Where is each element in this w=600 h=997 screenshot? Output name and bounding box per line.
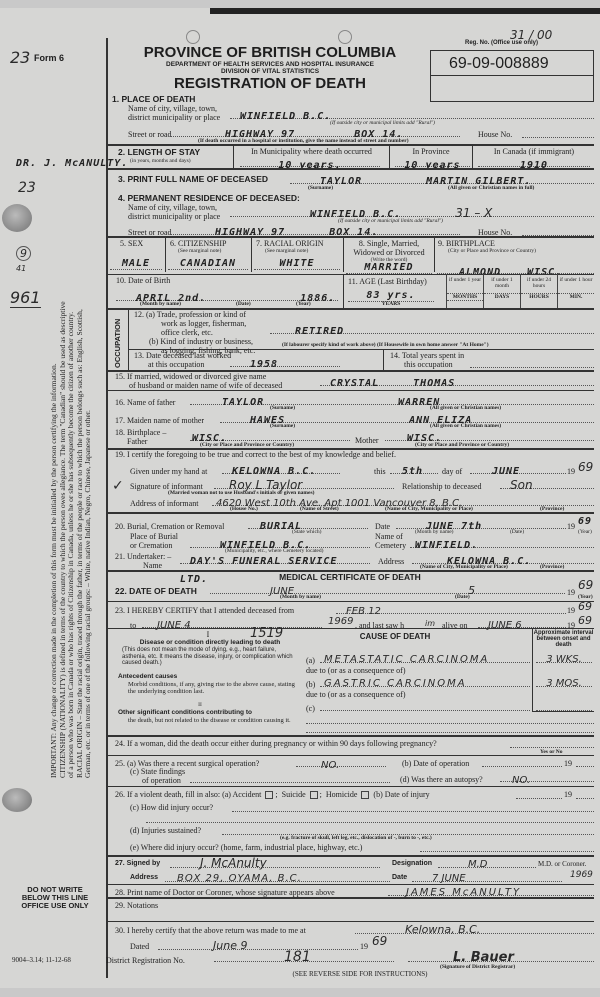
- s1-house-label: House No.: [478, 130, 512, 139]
- s21-field[interactable]: DAY'S FUNERAL SERVICE LTD.: [180, 551, 370, 564]
- s25-c-field[interactable]: [190, 774, 390, 783]
- s25-b-year-field[interactable]: [576, 758, 594, 767]
- s22-label: 22. DATE OF DEATH: [115, 586, 197, 596]
- s18-father-field[interactable]: WISC.: [190, 428, 350, 441]
- label-line: (b) Kind of industry or business,: [149, 337, 255, 346]
- other-desc: the death, but not related to the diseas…: [128, 717, 300, 724]
- s19-rel-field[interactable]: Son: [500, 476, 594, 489]
- s20-cemetery-value: WINFIELD.: [415, 540, 478, 551]
- s25-a-value: NO.: [321, 760, 339, 771]
- s25-b-field[interactable]: [482, 758, 562, 767]
- s18-label: 18. Birthplace – Father: [115, 428, 166, 446]
- s19-given-field[interactable]: KELOWNA B.C.: [222, 461, 340, 474]
- s2-muni-field[interactable]: 10 years.: [240, 155, 380, 167]
- antecedent-desc: Morbid conditions, if any, giving rise t…: [128, 681, 300, 695]
- s23-label: 23. I HEREBY CERTIFY that I attended dec…: [115, 606, 294, 615]
- other-label: Other significant conditions contributin…: [118, 710, 252, 716]
- divider: [128, 349, 594, 350]
- birthplace-sub: (City or Place and Province or Country): [448, 248, 536, 254]
- s26-e-field[interactable]: [420, 843, 594, 852]
- s23-to-year[interactable]: 1969: [328, 616, 353, 627]
- s22-field[interactable]: JUNE 5: [210, 581, 565, 594]
- s4-note: 31 – X: [455, 206, 492, 220]
- label-line: of husband or maiden name of wife of dec…: [115, 381, 282, 390]
- label-line: district municipality or place: [128, 212, 220, 221]
- s19-rel-label: Relationship to deceased: [402, 482, 482, 491]
- province-title: PROVINCE OF BRITISH COLUMBIA: [120, 44, 420, 61]
- label-line: 18. Birthplace –: [115, 428, 166, 437]
- under-col-hours: if under 24 hours HOURS: [520, 274, 557, 308]
- s18-mother-label: Mother: [355, 436, 379, 445]
- age-label: 11. AGE (Last Birthday): [348, 277, 427, 286]
- total-years-label: 14. Total years spent in this occupation: [390, 351, 464, 369]
- label-line: office clerk, etc.: [134, 328, 246, 337]
- divider: [106, 628, 594, 629]
- birthplace-field[interactable]: ALMOND WISC.: [437, 262, 594, 274]
- s26-d-hint: (e.g. fracture of skull, left leg, etc.,…: [280, 835, 432, 841]
- cause-a-value: METASTATIC CARCINOMA: [324, 654, 489, 665]
- s30-district-label: District Registration No.: [106, 956, 185, 965]
- part2-numeral: II: [180, 702, 220, 708]
- s1-city-label: Name of city, village, town, district mu…: [128, 104, 220, 122]
- s2-sub: (in years, months and days): [130, 158, 191, 164]
- s1-city-field[interactable]: WINFIELD B.C.: [230, 106, 594, 119]
- s21-label: 21. Undertaker: – Name: [115, 552, 171, 570]
- s2-prov-field[interactable]: 10 years: [395, 155, 470, 167]
- s15-value-1: CRYSTAL: [330, 378, 379, 389]
- s22-year[interactable]: 69: [578, 578, 593, 592]
- s1-street-label: Street or road: [128, 130, 172, 139]
- divider: [106, 236, 594, 238]
- s20-year-value[interactable]: 69: [578, 516, 592, 527]
- occ-a-field[interactable]: RETIRED: [270, 321, 594, 334]
- s4-house-field[interactable]: [522, 224, 594, 236]
- s19-addr-field[interactable]: 4620 West 10th Ave. Apt 1001 Vancouver 8…: [212, 493, 594, 506]
- notice-line: OFFICE USE ONLY: [10, 902, 100, 910]
- marital-label: 8. Single, Married, Widowed or Divorced: [344, 239, 434, 257]
- s27-desig-label: Designation: [392, 860, 432, 867]
- under-label: if under 24 hours: [521, 277, 557, 293]
- s28-label: 28. Print name of Doctor or Coroner, who…: [115, 888, 335, 897]
- cause-a-prefix: (a): [306, 656, 315, 665]
- s26-c-label: (c) How did injury occur?: [130, 803, 213, 812]
- s3-given-hint: (All given or Christian names in full): [448, 185, 534, 191]
- divider: [532, 711, 594, 712]
- s19-certify: 19. I certify the foregoing to be true a…: [115, 450, 396, 459]
- s22-month-hint: (Month by name): [280, 594, 321, 600]
- s23-from-field[interactable]: FEB 12: [336, 601, 566, 614]
- label-line: Widowed or Divorced: [344, 248, 434, 257]
- label-line: 13. Date deceased last worked: [134, 351, 231, 360]
- s30-district-value: 181: [284, 949, 311, 965]
- s20-cemetery-field[interactable]: WINFIELD.: [410, 535, 594, 548]
- s19-day-value: 5th: [402, 466, 423, 477]
- s19-day-field[interactable]: 5th: [390, 461, 438, 474]
- label-line: this occupation: [390, 360, 464, 369]
- s4-city-field[interactable]: WINFIELD B.C. 31 – X: [230, 204, 594, 217]
- s20-date-field[interactable]: JUNE 7th: [396, 516, 566, 529]
- s25-b-label: (b) Date of operation: [402, 759, 469, 768]
- s1-city-value: WINFIELD B.C.: [240, 111, 331, 122]
- part1-label: Disease or condition directly leading to…: [110, 640, 310, 646]
- margin-note-41: 41: [16, 264, 26, 273]
- under-unit[interactable]: MIN.: [558, 293, 594, 300]
- occ-hint: (If labourer specify kind of work above)…: [282, 342, 489, 348]
- cause-c-prefix: (c): [306, 704, 315, 713]
- dob-date-hint: (Date): [236, 301, 251, 307]
- s19-sig-field[interactable]: Roy L Taylor: [214, 476, 394, 489]
- label-line: 21. Undertaker: –: [115, 552, 171, 561]
- divider: [106, 735, 594, 737]
- s26-c-field[interactable]: [232, 803, 594, 812]
- s23-alive-value: JUNE 6: [488, 620, 522, 631]
- cause-heading: CAUSE OF DEATH: [300, 632, 490, 641]
- last-worked-field[interactable]: 1958: [230, 354, 340, 367]
- s26-label: 26. If a violent death, fill in also: (a…: [115, 790, 261, 799]
- label-line: 15. If married, widowed or divorced give…: [115, 372, 282, 381]
- s26-d-label: (d) Injuries sustained?: [130, 826, 201, 835]
- s30-year-value[interactable]: 69: [372, 934, 387, 948]
- punch-hole: [2, 204, 32, 232]
- s23-from-year-prefix: 19: [567, 606, 575, 615]
- s27-label: 27. Signed by: [115, 860, 160, 867]
- divider: [434, 236, 435, 272]
- s30-place-field[interactable]: Kelowna, B.C.: [355, 920, 594, 934]
- punch-hole-ring: [338, 30, 352, 44]
- under-label: if under 1 year: [447, 277, 483, 293]
- under-unit[interactable]: HOURS: [521, 293, 557, 300]
- s30-label: 30. I hereby certify that the above retu…: [115, 926, 306, 935]
- s3-surname-hint: (Surname): [308, 185, 333, 191]
- s23-him[interactable]: im: [425, 619, 435, 628]
- s15-label: 15. If married, widowed or divorced give…: [115, 372, 282, 390]
- s21-addr-field[interactable]: KELOWNA B.C.: [412, 551, 594, 564]
- s25-b-year-prefix: 19: [564, 759, 572, 768]
- under-label: if under 1 hour: [558, 277, 594, 293]
- s4-city-label: Name of city, village, town, district mu…: [128, 203, 220, 221]
- reverse-note: (SEE REVERSE SIDE FOR INSTRUCTIONS): [260, 970, 460, 979]
- label-line: Father: [115, 437, 166, 446]
- divider: [106, 168, 594, 170]
- label-line: district municipality or place: [128, 113, 220, 122]
- label-line: Name of city, village, town,: [128, 203, 220, 212]
- s1-heading: 1. PLACE OF DEATH: [112, 94, 195, 104]
- s20-place-label: Place of Burial or Cremation: [130, 532, 178, 550]
- s26-e-label: (e) Where did injury occur? (home, farm,…: [130, 843, 362, 852]
- s16-field[interactable]: TAYLOR WARREN: [190, 392, 594, 405]
- s27-date-label: Date: [392, 874, 407, 881]
- label-line: at this occupation: [134, 360, 231, 369]
- suicide-label: Suicide: [282, 790, 306, 799]
- margin-note-9: 9: [16, 246, 31, 261]
- racial-origin-label: 7. RACIAL ORIGIN: [256, 239, 323, 248]
- punch-hole: [2, 788, 32, 812]
- homicide-label: Homicide: [326, 790, 358, 799]
- reg-no-value: 69-09-008889: [431, 51, 593, 76]
- divider: [106, 897, 594, 899]
- s2-canada-field[interactable]: 1910: [478, 155, 590, 167]
- margin-note-961: 961: [10, 288, 41, 308]
- s21-addr-label: Address: [378, 557, 404, 566]
- label-line: Place of Burial: [130, 532, 178, 541]
- form-code: 9004–3.14; 11-12-68: [12, 956, 71, 964]
- under-col-min: if under 1 hour MIN.: [557, 274, 594, 308]
- s16-label: 16. Name of father: [115, 398, 175, 407]
- label-line: Name of: [375, 532, 406, 541]
- s30-district-field[interactable]: 181: [214, 948, 394, 962]
- s19-day-of-label: day of: [442, 467, 462, 476]
- interval-a-field[interactable]: 3 WKS.: [536, 649, 592, 663]
- s25-a-field[interactable]: NO.: [296, 755, 386, 767]
- citizenship-label: 6. CITIZENSHIP: [170, 239, 226, 248]
- s20-label: 20. Burial, Cremation or Removal: [115, 522, 224, 531]
- last-worked-label: 13. Date deceased last worked at this oc…: [134, 351, 231, 369]
- years-hint: YEARS: [348, 301, 434, 307]
- s1-house-field[interactable]: [522, 126, 594, 138]
- reg-no-label: Reg. No. (Office use only): [465, 40, 538, 46]
- label-line: Name of city, village, town,: [128, 104, 220, 113]
- s29-label: 29. Notations: [115, 901, 158, 910]
- label-line: 8. Single, Married,: [344, 239, 434, 248]
- s19-addr-label: Address of informant: [130, 499, 198, 508]
- important-marginal-note: IMPORTANT: Any change or correction made…: [50, 301, 93, 778]
- s26-b-year-field[interactable]: [576, 790, 594, 799]
- under-unit[interactable]: DAYS: [484, 293, 520, 300]
- suicide-checkbox[interactable]: [310, 791, 318, 799]
- label-line: of operation: [130, 776, 185, 785]
- label-line: 12. (a) Trade, profession or kind of: [134, 310, 246, 319]
- other-cond-field-2[interactable]: [306, 724, 594, 733]
- under-label: if under 1 month: [484, 277, 520, 293]
- s26-b-year-prefix: 19: [564, 790, 572, 799]
- registrar-signature-field[interactable]: L. Bauer: [408, 948, 594, 962]
- s19-year-prefix: 19: [567, 467, 575, 476]
- divider: [106, 144, 594, 146]
- department-name: DEPARTMENT OF HEALTH SERVICES AND HOSPIT…: [120, 61, 420, 68]
- accident-checkbox[interactable]: [265, 791, 273, 799]
- death-registration-form: 23 Form 6 DR. J. McANULTY. 23 9 41 961 I…: [0, 8, 600, 988]
- divider: [106, 390, 594, 391]
- s25-c-label: (c) State findings of operation: [130, 767, 185, 785]
- antecedent-label: Antecedent causes: [118, 674, 177, 680]
- punch-hole-ring: [186, 30, 200, 44]
- s19-this-label: this: [374, 467, 386, 476]
- racial-origin-sub: (See marginal note): [265, 248, 308, 254]
- under-unit[interactable]: MONTHS: [447, 293, 483, 301]
- cause-a-field[interactable]: METASTATIC CARCINOMA: [320, 649, 530, 663]
- s20-field[interactable]: BURIAL: [248, 516, 368, 529]
- division-name: DIVISION OF VITAL STATISTICS: [120, 68, 420, 75]
- s26-d-field[interactable]: [222, 826, 594, 835]
- margin-note-23: 23: [18, 180, 36, 196]
- racial-origin-value[interactable]: WHITE: [254, 258, 340, 270]
- s28-field[interactable]: JAMES McANULTY: [388, 882, 594, 896]
- s24-field[interactable]: [510, 738, 594, 748]
- s25-d-label: (d) Was there an autopsy?: [400, 775, 483, 784]
- s26-row: 26. If a violent death, fill in also: (a…: [115, 790, 430, 799]
- scan-edge: [210, 8, 600, 14]
- s3-name-field[interactable]: TAYLOR MARTIN GILBERT.: [290, 171, 594, 184]
- part1-desc: (This does not mean the mode of dying, e…: [122, 647, 302, 667]
- s4-street-field[interactable]: HIGHWAY 97 BOX 14.: [170, 222, 460, 235]
- dob-label: 10. Date of Birth: [116, 276, 170, 285]
- cause-b-field[interactable]: GASTRIC CARCINOMA: [320, 673, 530, 687]
- divider: [128, 308, 129, 370]
- label-line: or Cremation: [130, 541, 178, 550]
- other-cond-field-1[interactable]: [306, 715, 594, 724]
- s3-heading: 3. PRINT FULL NAME OF DECEASED: [118, 174, 268, 184]
- s27-addr-field[interactable]: BOX 29, OYAMA, B.C.: [165, 868, 390, 882]
- reg-no-box: 69-09-008889: [430, 50, 594, 102]
- citizenship-sub: (See marginal note): [178, 248, 221, 254]
- label-line: 14. Total years spent in: [390, 351, 464, 360]
- last-worked-value: 1958: [250, 359, 278, 370]
- s27-date-year[interactable]: 1969: [570, 870, 593, 880]
- registrar-signature: L. Bauer: [453, 950, 514, 965]
- s18-mother-field[interactable]: WISC.: [385, 428, 594, 441]
- s23-from-year[interactable]: 69: [578, 600, 592, 613]
- divider: [251, 236, 252, 272]
- s23-to-field[interactable]: JUNE 4: [142, 615, 322, 628]
- label-line: Name: [115, 561, 171, 570]
- total-years-field[interactable]: [470, 358, 594, 368]
- s20-cemetery-label: Name of Cemetery: [375, 532, 406, 550]
- s30-dated-label: Dated: [130, 942, 149, 951]
- under-col-months: if under 1 year MONTHS: [446, 274, 483, 308]
- s16-surname: TAYLOR: [222, 397, 264, 408]
- birthplace-label: 9. BIRTHPLACE: [438, 239, 495, 248]
- divider: [343, 274, 344, 308]
- divider: [383, 349, 384, 370]
- form-left-border: [106, 38, 108, 978]
- occupation-side-label: OCCUPATION: [113, 319, 122, 368]
- s30-place-value: Kelowna, B.C.: [405, 923, 480, 936]
- s1-street-field[interactable]: HIGHWAY 97 BOX 14.: [170, 124, 460, 137]
- note-line-racial-2: German, etc. or in terms of one of the f…: [84, 301, 93, 778]
- s24-label: 24. If a woman, did the death occur eith…: [115, 739, 437, 748]
- s20-year-prefix: 19: [567, 522, 575, 531]
- s20-date-label: Date: [375, 522, 390, 531]
- divider: [106, 786, 594, 787]
- divider: [165, 236, 166, 272]
- dob-year-hint: (Year): [296, 301, 311, 307]
- cause-c-field[interactable]: [320, 698, 530, 711]
- s22-date-hint: (Date): [455, 594, 470, 600]
- occ-a-label: 12. (a) Trade, profession or kind of wor…: [134, 310, 246, 337]
- dob-field[interactable]: APRIL 2nd. 1886.: [116, 288, 338, 301]
- label-line: work as logger, fisherman,: [134, 319, 246, 328]
- do-not-write-notice: DO NOT WRITE BELOW THIS LINE OFFICE USE …: [10, 886, 100, 910]
- s2-heading: 2. LENGTH OF STAY: [118, 147, 200, 157]
- s4-heading: 4. PERMANENT RESIDENCE OF DECEASED:: [118, 193, 300, 203]
- interval-a-value: 3 WKS.: [546, 654, 582, 665]
- checkmark: ✓: [112, 478, 124, 494]
- s19-given-label: Given under my hand at: [130, 467, 207, 476]
- s27-desig-field[interactable]: M.D: [438, 854, 536, 868]
- dob-month-hint: (Month by name): [140, 301, 181, 307]
- s27-addr-label: Address: [130, 874, 158, 881]
- marital-value[interactable]: MARRIED: [346, 262, 432, 274]
- s19-year-value[interactable]: 69: [578, 460, 593, 474]
- interval-c-field[interactable]: [536, 698, 592, 711]
- s17-label: 17. Maiden name of mother: [115, 416, 204, 425]
- s27-date-field[interactable]: 7 JUNE: [412, 868, 562, 882]
- s15-value-2: THOMAS: [413, 378, 455, 389]
- cause-b-prefix: (b): [306, 680, 315, 689]
- s20-place-field[interactable]: WINFIELD B.C.: [190, 535, 370, 548]
- s19-month-field[interactable]: JUNE: [470, 461, 566, 474]
- label-line: (c) State findings: [130, 767, 185, 776]
- cause-b-value: GASTRIC CARCINOMA: [324, 678, 467, 689]
- interval-b-value: 3 MOS.: [546, 678, 582, 689]
- homicide-checkbox[interactable]: [361, 791, 369, 799]
- sex-label: 5. SEX: [120, 239, 143, 248]
- s25-d-value: NO.: [512, 775, 530, 786]
- interval-heading: Approximate interval between onset and d…: [533, 630, 594, 648]
- s27-sig-field[interactable]: J. McAnulty: [170, 854, 380, 868]
- citizenship-value[interactable]: CANADIAN: [168, 258, 248, 270]
- under-age-grid: if under 1 year MONTHS if under 1 month …: [446, 274, 594, 308]
- s17-field[interactable]: HAWES ANN ELIZA: [220, 410, 594, 423]
- form-title: REGISTRATION OF DEATH: [120, 75, 420, 92]
- s26-b-field[interactable]: [516, 790, 562, 799]
- occ-a-value: RETIRED: [295, 326, 344, 337]
- s27-addr-value: BOX 29, OYAMA, B.C.: [177, 873, 302, 884]
- sex-value[interactable]: MALE: [110, 258, 162, 270]
- under-col-days: if under 1 month DAYS: [483, 274, 520, 308]
- s25-d-field[interactable]: NO.: [500, 770, 594, 782]
- s19-rel-value: Son: [510, 478, 533, 492]
- label-line: Cemetery: [375, 541, 406, 550]
- divider: [106, 512, 594, 514]
- handwritten-form-number: 23: [10, 48, 30, 67]
- s23-alive-year[interactable]: 69: [578, 614, 592, 627]
- interval-b-field[interactable]: 3 MOS.: [536, 673, 592, 687]
- s26-b-label: (b) Date of injury: [373, 790, 429, 799]
- s26-c-field-2[interactable]: [146, 814, 594, 823]
- s22-year-prefix: 19: [567, 588, 575, 597]
- s15-field[interactable]: CRYSTAL THOMAS: [320, 373, 594, 386]
- form-label: Form 6: [34, 53, 64, 63]
- s23-alive-field[interactable]: JUNE 6: [478, 615, 566, 628]
